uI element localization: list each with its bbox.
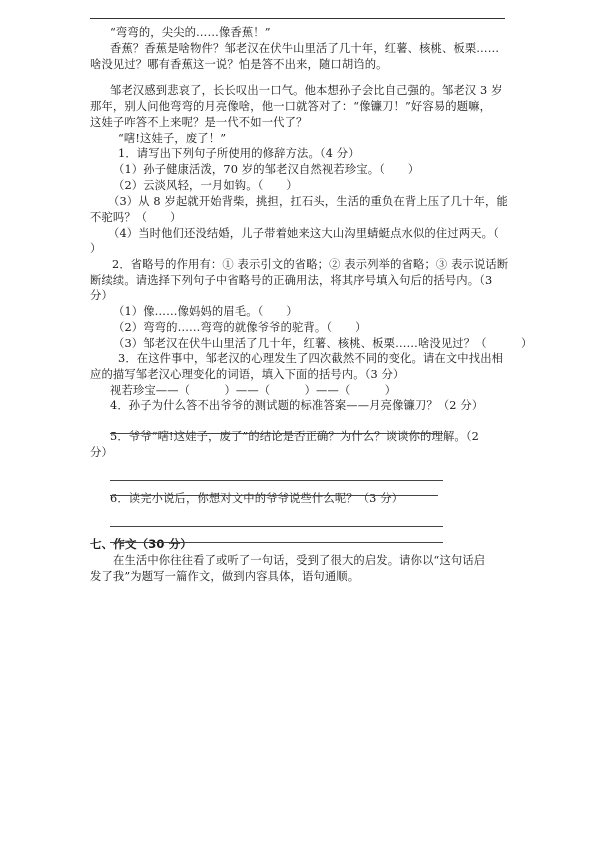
text-line: 2．省略号的作用有：① 表示引文的省略；② 表示列举的省略；③ 表示说话断 [112,257,508,272]
text-line: 6．读完小说后，你想对文中的爷爷说些什么呢？（3 分） [110,491,403,506]
text-line: “嗐!这娃子，废了！” [118,131,226,146]
text-line: 那年，别人问他弯弯的月亮像啥，他一口就答对了：“像镰刀！”好容易的题嘛， [90,99,491,114]
text-line: 分） [90,445,113,460]
text-line: 邹老汉感到悲哀了，长长叹出一口气。他本想孙子会比自己强的。邹老汉 3 岁 [110,83,503,98]
text-line: （2）云淡风轻，一月如钩。（ ） [113,178,298,193]
text-line: 这娃子咋答不上来呢？是一代不如一代了？ [90,115,308,130]
text-line: ） [90,241,101,256]
text-line: （1）像……像妈妈的眉毛。（ ） [113,304,298,319]
text-line: 应的描写邹老汉心理变化的词语，填入下面的括号内。（3 分） [90,367,405,382]
answer-blank-line[interactable] [110,542,443,543]
text-line: （2）弯弯的……弯弯的就像爷爷的驼背。（ ） [113,320,367,335]
text-line: 5．爷爷“嗐!这娃子，废了”的结论是否正确？为什么？谈谈你的理解。（2 [110,429,479,444]
answer-blank-line[interactable] [110,433,443,434]
text-line: 4．孙子为什么答不出爷爷的测试题的标准答案——月亮像镰刀？（2 分） [110,398,483,413]
text-line: （1）孙子健康活泼，70 岁的邹老汉自然视若珍宝。（ ） [113,162,419,177]
text-line: 3．在这件事中，邹老汉的心理发生了四次截然不同的变化。请在文中找出相 [118,351,503,366]
header-rule [90,18,505,19]
answer-blank-line[interactable] [110,480,443,481]
text-line: （3）邹老汉在伏牛山里活了几十年，红薯、核桃、板栗……啥没见过？（ ） [113,336,532,351]
text-line: 香蕉？香蕉是啥物件？邹老汉在伏牛山里活了几十年，红薯、核桃、板栗…… [110,41,499,56]
text-line: “弯弯的，尖尖的……像香蕉！” [110,25,271,40]
section-heading-composition: 七、作文（30 分） [90,537,192,552]
text-line: 1．请写出下列句子所使用的修辞方法。（4 分） [118,146,360,161]
text-line: 啥没见过？哪有香蕉这一说？怕是答不出来，随口胡诌的。 [90,57,388,72]
text-line: （4）当时他们还没结婚，儿子带着她来这大山沟里蜻蜓点水似的住过两天。（ [108,226,499,241]
text-line: 分） [90,288,113,303]
text-line: 在生活中你往往看了或听了一句话，受到了很大的启发。请你以“这句话启 [113,553,485,568]
text-line: 断续续。请选择下列句子中省略号的正确用法，将其序号填入句后的括号内。（3 [90,273,492,288]
text-line: 不驼吗？（ ） [90,210,182,225]
text-line: （3）从 8 岁起就开始背柴，挑担，扛石头，生活的重负在背上压了几十年，能 [108,194,508,209]
answer-blank-line[interactable] [110,526,443,527]
answer-blank-line[interactable] [110,495,438,496]
text-line: 发了我”为题写一篇作文，做到内容具体，语句通顺。 [90,569,359,584]
text-line: 视若珍宝——（ ）——（ ）——（ ） [110,383,396,398]
